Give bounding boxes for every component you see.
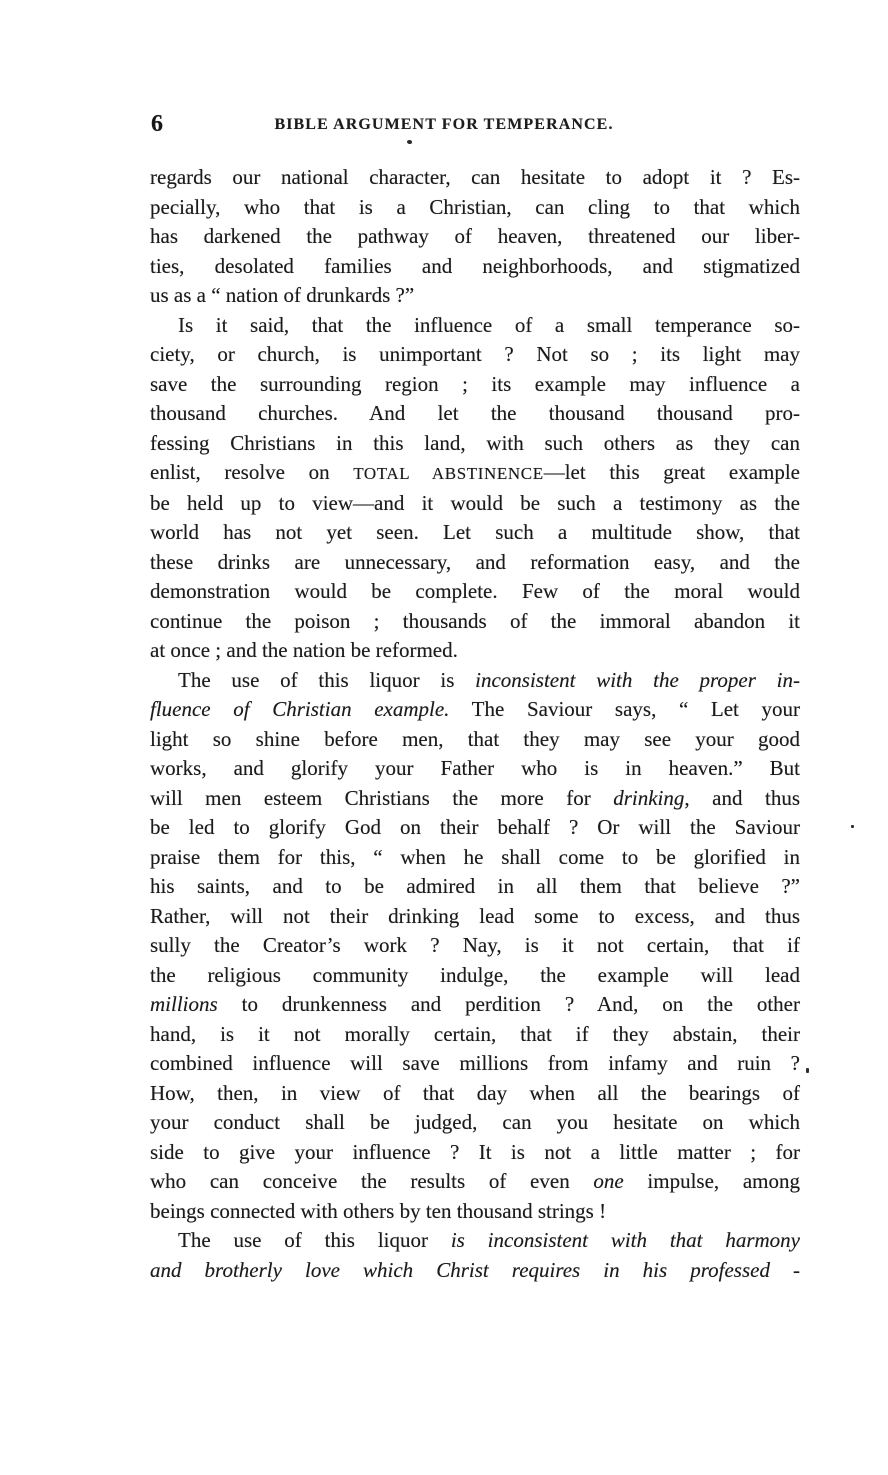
- text-line: Is it said, that the influence of a smal…: [150, 311, 800, 341]
- text-line: has darkened the pathway of heaven, thre…: [150, 222, 800, 252]
- body-text-segment: side to give your influence ? It is not …: [150, 1140, 800, 1164]
- body-text-segment: his saints, and to be admired in all the…: [150, 874, 800, 898]
- text-line: save the surrounding region ; its exampl…: [150, 370, 800, 400]
- header-ornament-dot: [407, 140, 412, 144]
- paragraph-1: regards our national character, can hesi…: [150, 163, 800, 311]
- body-text-segment: sully the Creator’s work ? Nay, is it no…: [150, 933, 800, 957]
- text-line: at once ; and the nation be reformed.: [150, 636, 800, 666]
- text-line: praise them for this, “ when he shall co…: [150, 843, 800, 873]
- text-line: who can conceive the results of even one…: [150, 1167, 800, 1197]
- text-line: be held up to view—and it would be such …: [150, 489, 800, 519]
- body-text-segment: be held up to view—and it would be such …: [150, 491, 800, 515]
- text-line: ties, desolated families and neighborhoo…: [150, 252, 800, 282]
- text-line: be led to glorify God on their behalf ? …: [150, 813, 800, 843]
- ink-speck-artifact: [806, 1068, 809, 1073]
- italic-text: one: [593, 1169, 623, 1193]
- text-line: How, then, in view of that day when all …: [150, 1079, 800, 1109]
- text-line: and brotherly love which Christ requires…: [150, 1256, 800, 1286]
- paragraph-3: The use of this liquor is inconsistent w…: [150, 666, 800, 1227]
- text-line: will men esteem Christians the more for …: [150, 784, 800, 814]
- text-line: ciety, or church, is unimportant ? Not s…: [150, 340, 800, 370]
- body-text-segment: world has not yet seen. Let such a multi…: [150, 520, 800, 544]
- scanned-book-page: 6 BIBLE ARGUMENT FOR TEMPERANCE. regards…: [0, 0, 888, 1475]
- running-header: BIBLE ARGUMENT FOR TEMPERANCE.: [0, 116, 888, 134]
- body-text-segment: —let this great example: [544, 460, 800, 484]
- text-line: beings connected with others by ten thou…: [150, 1197, 800, 1227]
- body-text-segment: Rather, will not their drinking lead som…: [150, 904, 800, 928]
- text-line: fessing Christians in this land, with su…: [150, 429, 800, 459]
- italic-text: inconsistent with the proper in-: [475, 668, 800, 692]
- text-line: light so shine before men, that they may…: [150, 725, 800, 755]
- body-text-segment: ties, desolated families and neighborhoo…: [150, 254, 800, 278]
- body-text-segment: The use of this liquor: [178, 1228, 451, 1252]
- body-text-segment: Is it said, that the influence of a smal…: [178, 313, 800, 337]
- body-text-segment: be led to glorify God on their behalf ? …: [150, 815, 800, 839]
- body-text-segment: The use of this liquor is: [178, 668, 475, 692]
- italic-text: millions: [150, 992, 218, 1016]
- body-text-segment: has darkened the pathway of heaven, thre…: [150, 224, 800, 248]
- text-line: The use of this liquor is inconsistent w…: [150, 666, 800, 696]
- body-text-segment: save the surrounding region ; its exampl…: [150, 372, 800, 396]
- body-text-segment: thousand churches. And let the thousand …: [150, 401, 800, 425]
- body-text-segment: light so shine before men, that they may…: [150, 727, 800, 751]
- text-line: regards our national character, can hesi…: [150, 163, 800, 193]
- paragraph-4: The use of this liquor is inconsistent w…: [150, 1226, 800, 1285]
- body-text-segment: the religious community indulge, the exa…: [150, 963, 800, 987]
- text-line: fluence of Christian example. The Saviou…: [150, 695, 800, 725]
- text-line: sully the Creator’s work ? Nay, is it no…: [150, 931, 800, 961]
- body-text-segment: How, then, in view of that day when all …: [150, 1081, 800, 1105]
- text-line: the religious community indulge, the exa…: [150, 961, 800, 991]
- body-text-segment: The Saviour says, “ Let your: [449, 697, 800, 721]
- body-text-segment: will men esteem Christians the more for: [150, 786, 613, 810]
- small-caps-text: TOTAL ABSTINENCE: [353, 464, 543, 483]
- text-line: your conduct shall be judged, can you he…: [150, 1108, 800, 1138]
- text-line: his saints, and to be admired in all the…: [150, 872, 800, 902]
- ink-speck-artifact: [851, 825, 854, 828]
- text-line: side to give your influence ? It is not …: [150, 1138, 800, 1168]
- body-text-segment: combined influence will save millions fr…: [150, 1051, 800, 1075]
- text-line: millions to drunkenness and perdition ? …: [150, 990, 800, 1020]
- text-line: thousand churches. And let the thousand …: [150, 399, 800, 429]
- text-line: us as a “ nation of drunkards ?”: [150, 281, 800, 311]
- body-text-segment: regards our national character, can hesi…: [150, 165, 800, 189]
- body-text-segment: who can conceive the results of even: [150, 1169, 593, 1193]
- paragraph-2: Is it said, that the influence of a smal…: [150, 311, 800, 666]
- body-text-segment: hand, is it not morally certain, that if…: [150, 1022, 800, 1046]
- italic-text: and brotherly love which Christ requires…: [150, 1258, 770, 1282]
- body-text-segment: to drunkenness and perdition ? And, on t…: [218, 992, 800, 1016]
- italic-text: is inconsistent with that harmony: [451, 1228, 800, 1252]
- body-text-segment: your conduct shall be judged, can you he…: [150, 1110, 800, 1134]
- body-text-segment: pecially, who that is a Christian, can c…: [150, 195, 800, 219]
- body-text-segment: beings connected with others by ten thou…: [150, 1199, 606, 1223]
- body-text-segment: continue the poison ; thousands of the i…: [150, 609, 800, 633]
- text-line: Rather, will not their drinking lead som…: [150, 902, 800, 932]
- body-text-segment: us as a “ nation of drunkards ?”: [150, 283, 414, 307]
- text-line: The use of this liquor is inconsistent w…: [150, 1226, 800, 1256]
- text-line: combined influence will save millions fr…: [150, 1049, 800, 1079]
- italic-text: fluence of Christian example.: [150, 697, 449, 721]
- text-line: demonstration would be complete. Few of …: [150, 577, 800, 607]
- italic-text: drinking: [613, 786, 684, 810]
- text-line: world has not yet seen. Let such a multi…: [150, 518, 800, 548]
- body-text-segment: these drinks are unnecessary, and reform…: [150, 550, 800, 574]
- text-line: continue the poison ; thousands of the i…: [150, 607, 800, 637]
- body-text-segment: at once ; and the nation be reformed.: [150, 638, 458, 662]
- text-line: these drinks are unnecessary, and reform…: [150, 548, 800, 578]
- body-text-segment: -: [770, 1258, 800, 1282]
- body-text-segment: , and thus: [684, 786, 800, 810]
- text-line: hand, is it not morally certain, that if…: [150, 1020, 800, 1050]
- body-text-segment: demonstration would be complete. Few of …: [150, 579, 800, 603]
- text-line: enlist, resolve on TOTAL ABSTINENCE—let …: [150, 458, 800, 489]
- text-line: pecially, who that is a Christian, can c…: [150, 193, 800, 223]
- body-text-segment: impulse, among: [624, 1169, 800, 1193]
- body-text-segment: works, and glorify your Father who is in…: [150, 756, 800, 780]
- body-text-segment: fessing Christians in this land, with su…: [150, 431, 800, 455]
- body-text-segment: ciety, or church, is unimportant ? Not s…: [150, 342, 800, 366]
- page-body: regards our national character, can hesi…: [150, 163, 800, 1285]
- body-text-segment: praise them for this, “ when he shall co…: [150, 845, 800, 869]
- body-text-segment: enlist, resolve on: [150, 460, 353, 484]
- text-line: works, and glorify your Father who is in…: [150, 754, 800, 784]
